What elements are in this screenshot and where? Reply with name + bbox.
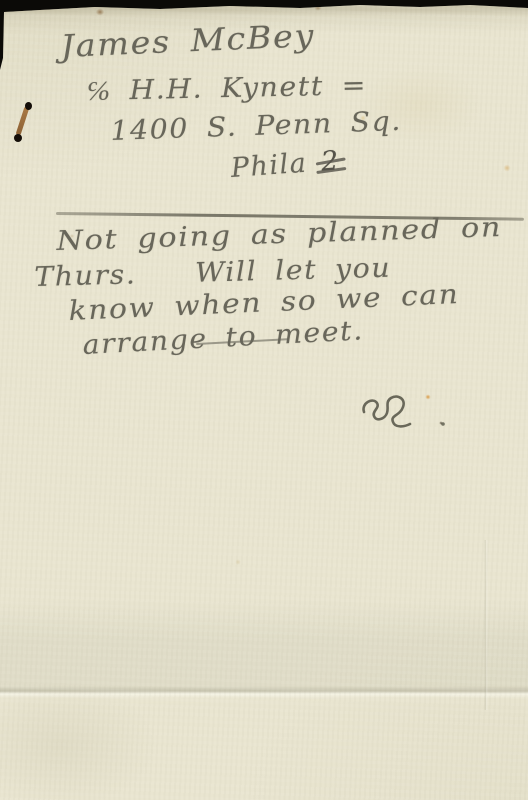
signature-period-dot	[441, 422, 445, 426]
city-line: Phila2	[230, 147, 341, 182]
recipient-name: James McBey	[60, 21, 316, 63]
city-name: Phila	[230, 148, 308, 184]
postal-zone-crossed-out: 2	[320, 147, 341, 175]
message-line-2-day: Thurs.	[34, 259, 137, 293]
pin-hole-mark	[12, 100, 36, 146]
care-of-line: ℅ H.H. Kynett =	[86, 72, 367, 105]
pin-hole-top	[25, 102, 32, 110]
message-line-1: Not going as planned on	[56, 214, 502, 255]
vertical-fold-crease	[484, 540, 488, 710]
street-address: 1400 S. Penn Sq.	[110, 108, 402, 145]
note-paper: James McBey ℅ H.H. Kynett = 1400 S. Penn…	[0, 0, 528, 800]
pin-hole-bottom	[14, 134, 22, 142]
scan-background: James McBey ℅ H.H. Kynett = 1400 S. Penn…	[0, 0, 528, 800]
rust-streak	[15, 106, 29, 136]
signature-monogram	[358, 386, 450, 434]
